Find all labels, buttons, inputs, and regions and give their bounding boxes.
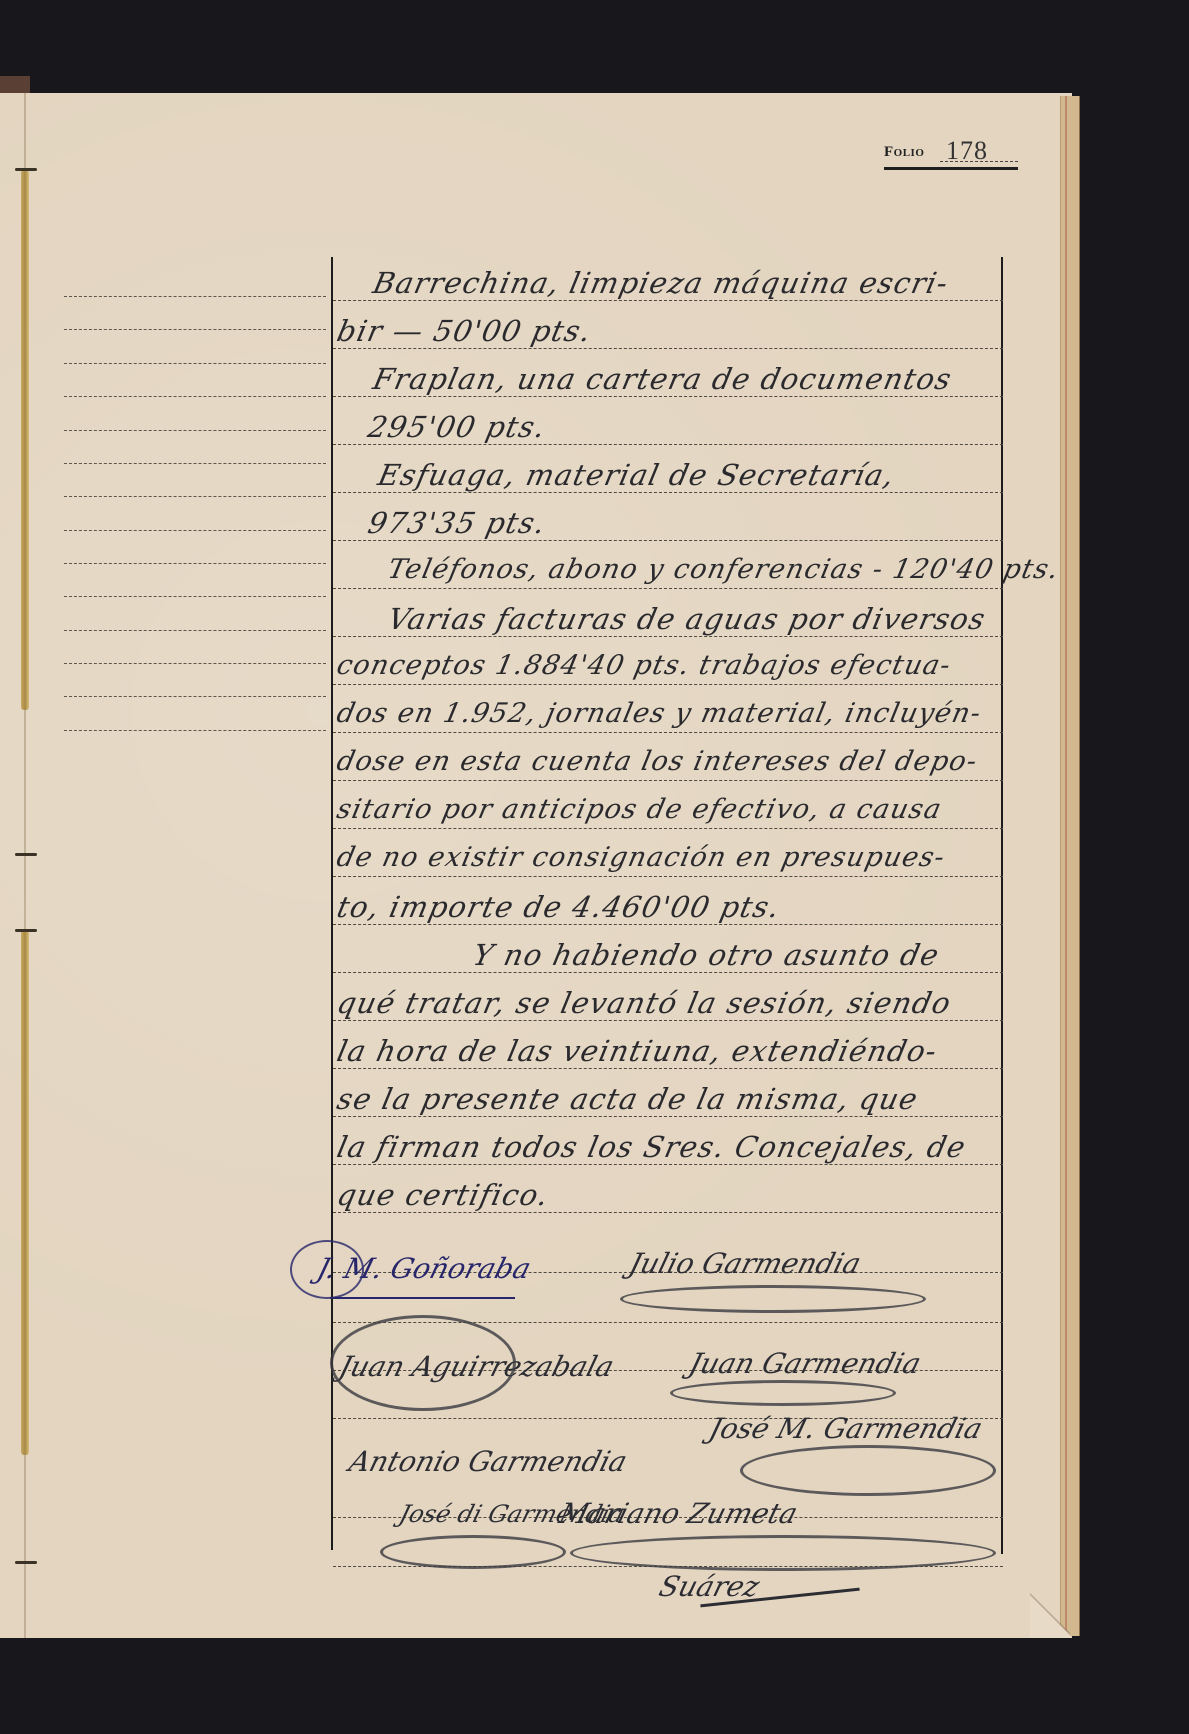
folio-header: Folio 178 [884,140,1018,166]
stitch-icon [15,853,37,856]
binding-thread [21,930,29,1455]
signature-flourish [330,1315,516,1411]
ruled-line [333,1068,1003,1069]
text-line: Barrechina, limpieza máquina escri- [370,266,1047,300]
margin-line [64,430,326,431]
margin-line [64,463,326,464]
ruled-line [333,1164,1003,1165]
ruled-line [333,828,1003,829]
ruled-line [333,924,1003,925]
margin-line [64,596,326,597]
margin-line [64,663,326,664]
ruled-line [333,876,1003,877]
margin-line [64,630,326,631]
signature-flourish [620,1285,926,1313]
text-line: dos en 1.952, jornales y material, inclu… [334,698,1011,729]
folio-dotted-line [940,161,1018,162]
ruled-line [333,396,1003,397]
ruled-line [333,300,1003,301]
text-line: de no existir consignación en presupues- [334,842,1011,873]
folio-rule [884,167,1018,170]
ruled-line [333,588,1003,589]
stitch-icon [15,168,37,171]
margin-line [64,363,326,364]
folded-corner [1030,1590,1070,1638]
margin-line [64,530,326,531]
margin-line [64,496,326,497]
margin-line [64,563,326,564]
ruled-line [333,1212,1003,1213]
signature: Antonio Garmendia [346,1445,631,1478]
text-line: 973'35 pts. [365,506,1042,540]
margin-line [64,329,326,330]
text-line: la firman todos los Sres. Concejales, de [334,1130,1011,1164]
signature: Mariano Zumeta [556,1497,802,1530]
stitch-icon [15,1561,37,1564]
text-line: la hora de las veintiuna, extendiéndo- [334,1034,1011,1068]
signature-flourish [290,1240,364,1299]
page-stack-edge [1060,96,1080,1636]
text-line: conceptos 1.884'40 pts. trabajos efectua… [334,650,1011,681]
ruled-line [333,348,1003,349]
signature: Julio Garmendia [626,1247,865,1280]
signature-flourish [740,1445,996,1496]
text-line: dose en esta cuenta los intereses del de… [334,746,1011,777]
signature-flourish [380,1535,566,1569]
margin-line [64,730,326,731]
signature: Juan Garmendia [686,1347,925,1380]
text-line: que certifico. [334,1178,1011,1212]
text-line: 295'00 pts. [365,410,1042,444]
ruled-line [333,684,1003,685]
ruled-line [333,636,1003,637]
text-line: Y no habiendo otro asunto de [470,938,1147,972]
margin-line [64,396,326,397]
ruled-line [333,540,1003,541]
text-line: to, importe de 4.460'00 pts. [334,890,1011,924]
ruled-line [333,732,1003,733]
ruled-line [333,492,1003,493]
text-line: Teléfonos, abono y conferencias - 120'40… [385,554,1062,585]
stitch-icon [15,929,37,932]
text-line: qué tratar, se levantó la sesión, siendo [334,986,1011,1020]
margin-line [64,296,326,297]
text-line: bir — 50'00 pts. [334,314,1011,348]
ruled-line [333,972,1003,973]
signature: Suárez [656,1570,763,1603]
signature-flourish [670,1380,896,1406]
ruled-line [333,1020,1003,1021]
text-line: sitario por anticipos de efectivo, a cau… [334,794,1011,825]
ruled-line [333,444,1003,445]
signature: José M. Garmendia [706,1412,986,1445]
ruled-line [333,1116,1003,1117]
text-line: Esfuaga, material de Secretaría, [375,458,1052,492]
signature-flourish [570,1535,996,1571]
folio-label: Folio [884,144,924,161]
book-spine-edge [0,76,30,94]
ruled-line [333,780,1003,781]
text-line: Varias facturas de aguas por diversos [385,602,1062,636]
binding-thread [21,170,29,710]
signature-underline [330,1297,515,1299]
margin-line [64,696,326,697]
text-line: se la presente acta de la misma, que [334,1082,1011,1116]
text-line: Fraplan, una cartera de documentos [370,362,1047,396]
